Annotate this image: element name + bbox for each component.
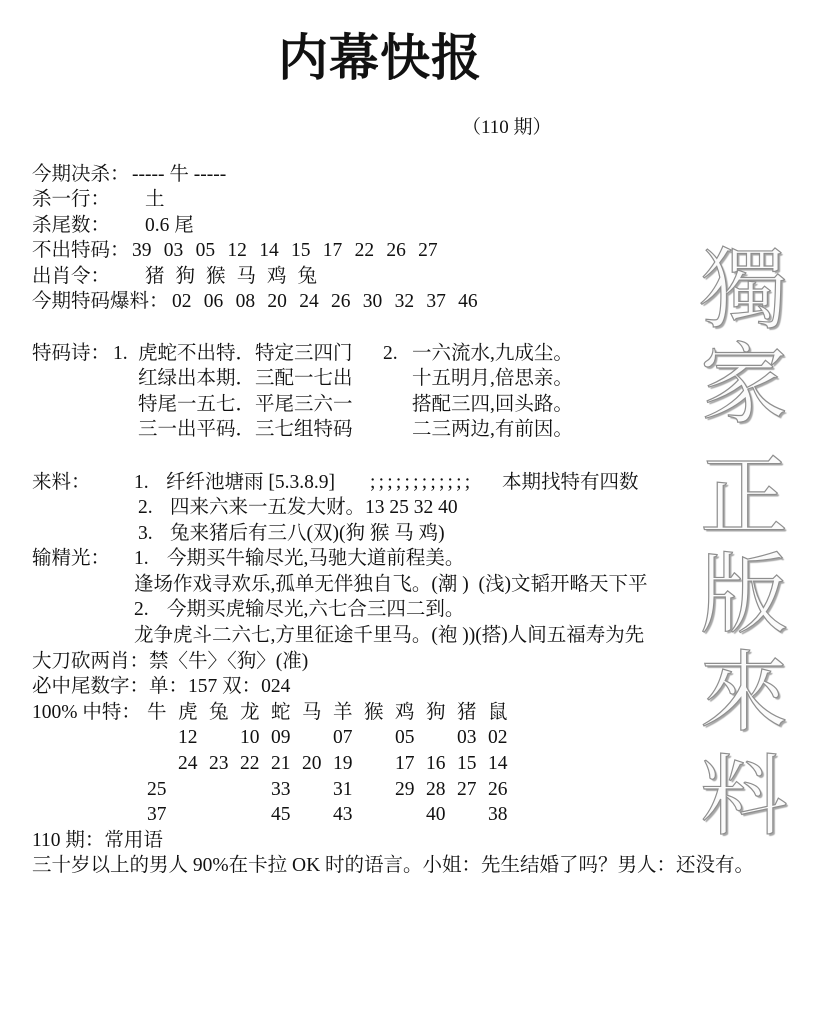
lose-all-index: 2. bbox=[134, 597, 149, 622]
source-text: 兔来猪后有三八(双)(狗 猴 马 鸡) bbox=[170, 521, 445, 546]
number: 05 bbox=[196, 238, 228, 263]
table-cell: 12 bbox=[178, 725, 209, 750]
table-cell: 33 bbox=[271, 777, 302, 802]
poem2-index: 2. bbox=[383, 341, 398, 366]
number: 03 bbox=[164, 238, 196, 263]
lose-all-line: 逢场作戏寻欢乐,孤单无伴独自飞。(潮 ) (浅)文韬开略天下平 bbox=[134, 572, 647, 597]
zodiac: 马 bbox=[237, 264, 268, 289]
number: 27 bbox=[418, 238, 450, 263]
table-cell: 09 bbox=[271, 725, 302, 750]
number: 26 bbox=[331, 289, 363, 314]
poem-line: 虎蛇不出特．特定三四门 bbox=[138, 341, 353, 367]
table-cell: 38 bbox=[488, 802, 519, 827]
table-cell: 45 bbox=[271, 802, 302, 827]
zodiac-header: 蛇 bbox=[271, 700, 302, 725]
table-cell: 16 bbox=[426, 751, 457, 776]
tail-digits-value: 单：157 双：024 bbox=[149, 674, 290, 699]
watermark-char: 獨 bbox=[700, 245, 788, 335]
tail-digits-label: 必中尾数字： bbox=[32, 674, 149, 699]
number: 20 bbox=[267, 289, 299, 314]
table-cell: 28 bbox=[426, 777, 457, 802]
source-tail: 本期找特有四数 bbox=[502, 470, 639, 495]
number: 37 bbox=[426, 289, 458, 314]
zodiac: 鸡 bbox=[267, 264, 298, 289]
poem-line: 一六流水,九成尘。 bbox=[412, 341, 573, 367]
lose-all-line: 龙争虎斗二六七,方里征途千里马。(袍 ))(搭)人间五福寿为先 bbox=[134, 623, 644, 648]
watermark-char: 家 bbox=[700, 340, 788, 430]
zodiac: 猴 bbox=[206, 264, 237, 289]
big-knife-value: 禁〈牛〉〈狗〉(准) bbox=[149, 649, 308, 674]
source-index: 1. bbox=[134, 470, 149, 495]
table-cell: 07 bbox=[333, 725, 364, 750]
zodiac-header: 兔 bbox=[209, 700, 240, 725]
zodiac-header: 猪 bbox=[457, 700, 488, 725]
zodiac-header: 牛 bbox=[147, 700, 178, 725]
table-cell: 25 bbox=[147, 777, 178, 802]
zodiac-order-list: 猪狗猴马鸡兔 bbox=[145, 264, 328, 289]
zodiac: 猪 bbox=[145, 264, 176, 289]
kill-tail-label: 杀尾数： bbox=[32, 213, 110, 238]
zodiac-header: 马 bbox=[302, 700, 333, 725]
table-cell: 26 bbox=[488, 777, 519, 802]
kill-element-label: 杀一行： bbox=[32, 187, 110, 212]
number: 24 bbox=[299, 289, 331, 314]
poem-line: 三一出平码．三七组特码 bbox=[138, 417, 353, 443]
number: 02 bbox=[172, 289, 204, 314]
lose-all-label: 输精光： bbox=[32, 546, 110, 571]
kill-value: ----- 牛 ----- bbox=[132, 162, 226, 187]
table-cell: 02 bbox=[488, 725, 519, 750]
poem1-index: 1. bbox=[113, 341, 128, 366]
table-cell: 14 bbox=[488, 751, 519, 776]
lose-all-line: 今期买牛输尽光,马驰大道前程美。 bbox=[167, 546, 464, 571]
table-cell: 22 bbox=[240, 751, 271, 776]
zodiac-header: 狗 bbox=[426, 700, 457, 725]
poem2-lines: 一六流水,九成尘。十五明月,倍思亲。搭配三四,回头路。二三两边,有前因。 bbox=[412, 341, 573, 443]
zodiac-header: 羊 bbox=[333, 700, 364, 725]
lose-all-line: 今期买虎输尽光,六七合三四二到。 bbox=[167, 597, 464, 622]
zodiac-header: 虎 bbox=[178, 700, 209, 725]
page: 内幕快报 （110 期） 今期决杀： ----- 牛 ----- 杀一行： 土 … bbox=[0, 0, 823, 1024]
table-cell: 03 bbox=[457, 725, 488, 750]
number: 14 bbox=[259, 238, 291, 263]
number: 46 bbox=[458, 289, 490, 314]
table-cell: 43 bbox=[333, 802, 364, 827]
excluded-numbers-list: 39030512141517222627 bbox=[132, 238, 450, 263]
table-cell: 23 bbox=[209, 751, 240, 776]
kill-label: 今期决杀： bbox=[32, 162, 130, 187]
table-cell: 17 bbox=[395, 751, 426, 776]
table-cell: 19 bbox=[333, 751, 364, 776]
zodiac-header: 鸡 bbox=[395, 700, 426, 725]
poem-line: 搭配三四,回头路。 bbox=[412, 392, 573, 418]
kill-element-value: 土 bbox=[145, 187, 165, 212]
source-text: 纤纤池塘雨 [5.3.8.9] bbox=[166, 470, 335, 495]
sources-label: 来料： bbox=[32, 470, 91, 495]
number: 26 bbox=[386, 238, 418, 263]
hot-numbers-list: 02060820242630323746 bbox=[172, 289, 490, 314]
zodiac-table-header: 牛虎兔龙蛇马羊猴鸡狗猪鼠 bbox=[147, 700, 519, 725]
watermark-char: 料 bbox=[700, 752, 788, 842]
zodiac-order-label: 出肖令： bbox=[32, 264, 110, 289]
number: 06 bbox=[204, 289, 236, 314]
number: 17 bbox=[323, 238, 355, 263]
number: 22 bbox=[355, 238, 387, 263]
hot-numbers-label: 今期特码爆料： bbox=[32, 289, 169, 314]
table-cell: 29 bbox=[395, 777, 426, 802]
zodiac-table-row: 25333129282726 bbox=[147, 777, 519, 802]
source-separator: ;;;;;;;;;;;; bbox=[370, 470, 473, 495]
poem-line: 红绿出本期．三配一七出 bbox=[138, 366, 353, 392]
poem-line: 特尾一五七．平尾三六一 bbox=[138, 392, 353, 418]
zodiac-table-row: 3745434038 bbox=[147, 802, 519, 827]
zodiac: 狗 bbox=[176, 264, 207, 289]
excluded-numbers-label: 不出特码： bbox=[32, 238, 130, 263]
source-index: 2. bbox=[138, 495, 153, 520]
zodiac-table-label: 100% 中特： bbox=[32, 700, 141, 725]
zodiac-table-row: 24232221201917161514 bbox=[147, 751, 519, 776]
zodiac-table-row: 12100907050302 bbox=[147, 725, 519, 750]
table-cell: 27 bbox=[457, 777, 488, 802]
phrase-text: 三十岁以上的男人 90%在卡拉 OK 时的语言。小姐：先生结婚了吗？男人：还没有… bbox=[32, 853, 754, 878]
zodiac-header: 猴 bbox=[364, 700, 395, 725]
poem-line: 十五明月,倍思亲。 bbox=[412, 366, 573, 392]
number: 30 bbox=[363, 289, 395, 314]
page-title: 内幕快报 bbox=[278, 30, 482, 86]
table-cell: 31 bbox=[333, 777, 364, 802]
table-cell: 21 bbox=[271, 751, 302, 776]
table-cell: 37 bbox=[147, 802, 178, 827]
poem1-lines: 虎蛇不出特．特定三四门红绿出本期．三配一七出特尾一五七．平尾三六一三一出平码．三… bbox=[138, 341, 353, 443]
table-cell: 24 bbox=[178, 751, 209, 776]
phrase-title: 110 期：常用语 bbox=[32, 828, 163, 853]
zodiac-header: 鼠 bbox=[488, 700, 519, 725]
table-cell: 10 bbox=[240, 725, 271, 750]
zodiac-header: 龙 bbox=[240, 700, 271, 725]
table-cell: 15 bbox=[457, 751, 488, 776]
number: 08 bbox=[236, 289, 268, 314]
zodiac: 兔 bbox=[298, 264, 329, 289]
source-index: 3. bbox=[138, 521, 153, 546]
issue-number: （110 期） bbox=[462, 115, 552, 140]
poem-label: 特码诗： bbox=[32, 341, 110, 366]
table-cell: 05 bbox=[395, 725, 426, 750]
lose-all-index: 1. bbox=[134, 546, 149, 571]
watermark-char: 版 bbox=[700, 550, 788, 640]
number: 32 bbox=[395, 289, 427, 314]
table-cell: 40 bbox=[426, 802, 457, 827]
table-cell: 20 bbox=[302, 751, 333, 776]
number: 12 bbox=[227, 238, 259, 263]
big-knife-label: 大刀砍两肖： bbox=[32, 649, 149, 674]
number: 39 bbox=[132, 238, 164, 263]
number: 15 bbox=[291, 238, 323, 263]
watermark-char: 來 bbox=[700, 648, 788, 738]
poem-line: 二三两边,有前因。 bbox=[412, 417, 573, 443]
kill-tail-value: 0.6 尾 bbox=[145, 213, 194, 238]
source-text: 四来六来一五发大财。13 25 32 40 bbox=[170, 495, 458, 520]
watermark-char: 正 bbox=[700, 452, 788, 542]
